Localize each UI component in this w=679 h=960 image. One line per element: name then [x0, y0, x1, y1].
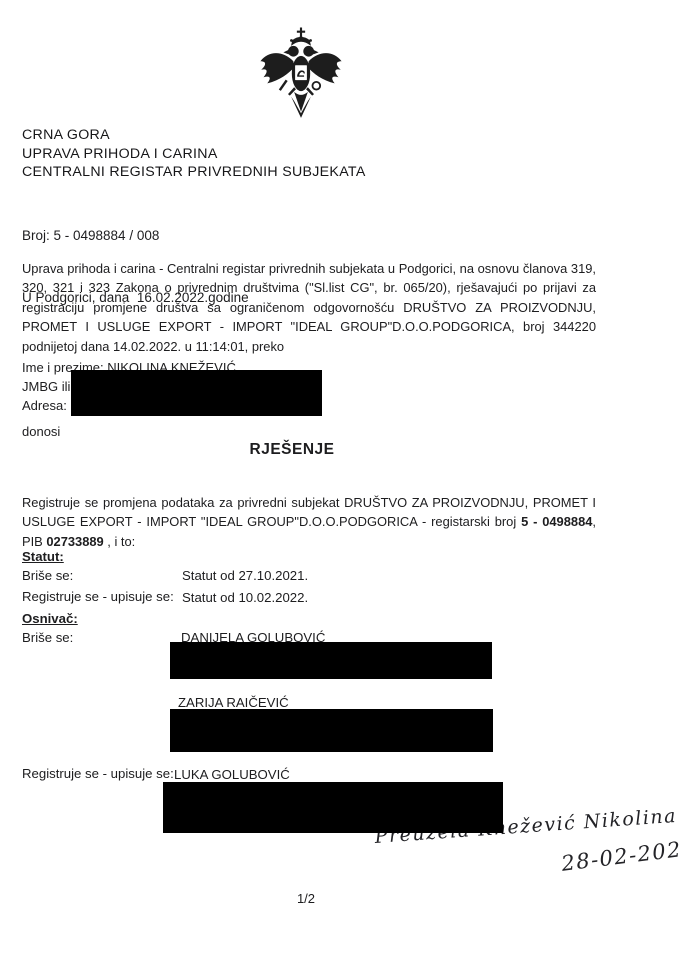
decision-paragraph: Registruje se promjena podataka za privr…: [22, 493, 596, 551]
osnivac-register-label: Registruje se - upisuje se:: [22, 766, 174, 781]
statut-heading: Statut:: [22, 549, 64, 564]
document-page: CRNA GORA UPRAVA PRIHODA I CARINA CENTRA…: [0, 0, 679, 960]
document-title: RJEŠENJE: [22, 441, 562, 459]
statut-register-value: Statut od 10.02.2022.: [182, 590, 308, 605]
reference-number: Broj: 5 - 0498884 / 008: [22, 226, 249, 247]
donosi-text: donosi: [22, 424, 60, 439]
statut-register-label: Registruje se - upisuje se:: [22, 589, 174, 604]
letterhead-registry: CENTRALNI REGISTAR PRIVREDNIH SUBJEKATA: [22, 163, 366, 182]
letterhead: CRNA GORA UPRAVA PRIHODA I CARINA CENTRA…: [22, 126, 366, 182]
decision-text-1: Registruje se promjena podataka za privr…: [22, 495, 596, 529]
intro-paragraph: Uprava prihoda i carina - Centralni regi…: [22, 259, 596, 356]
redaction-bar-founder-3: [163, 782, 503, 833]
decision-text-3: , i to:: [104, 534, 136, 549]
letterhead-agency: UPRAVA PRIHODA I CARINA: [22, 145, 366, 164]
osnivac-deleted-name-2: ZARIJA RAIČEVIĆ: [178, 695, 289, 710]
redaction-bar-applicant: [71, 370, 322, 416]
decision-pib-number: 02733889: [46, 534, 103, 549]
osnivac-delete-label: Briše se:: [22, 630, 73, 645]
handwritten-date: 28-02-2022: [560, 835, 679, 875]
coat-of-arms-icon: [255, 26, 347, 129]
osnivac-heading: Osnivač:: [22, 611, 78, 626]
statut-delete-value: Statut od 27.10.2021.: [182, 568, 308, 583]
redaction-bar-founder-2: [170, 709, 493, 752]
redaction-bar-founder-1: [170, 642, 492, 679]
decision-registration-number: 5 - 0498884: [521, 514, 592, 529]
osnivac-added-name: LUKA GOLUBOVIĆ: [174, 767, 290, 782]
statut-delete-label: Briše se:: [22, 568, 73, 583]
letterhead-country: CRNA GORA: [22, 126, 366, 145]
page-number: 1/2: [0, 891, 612, 906]
